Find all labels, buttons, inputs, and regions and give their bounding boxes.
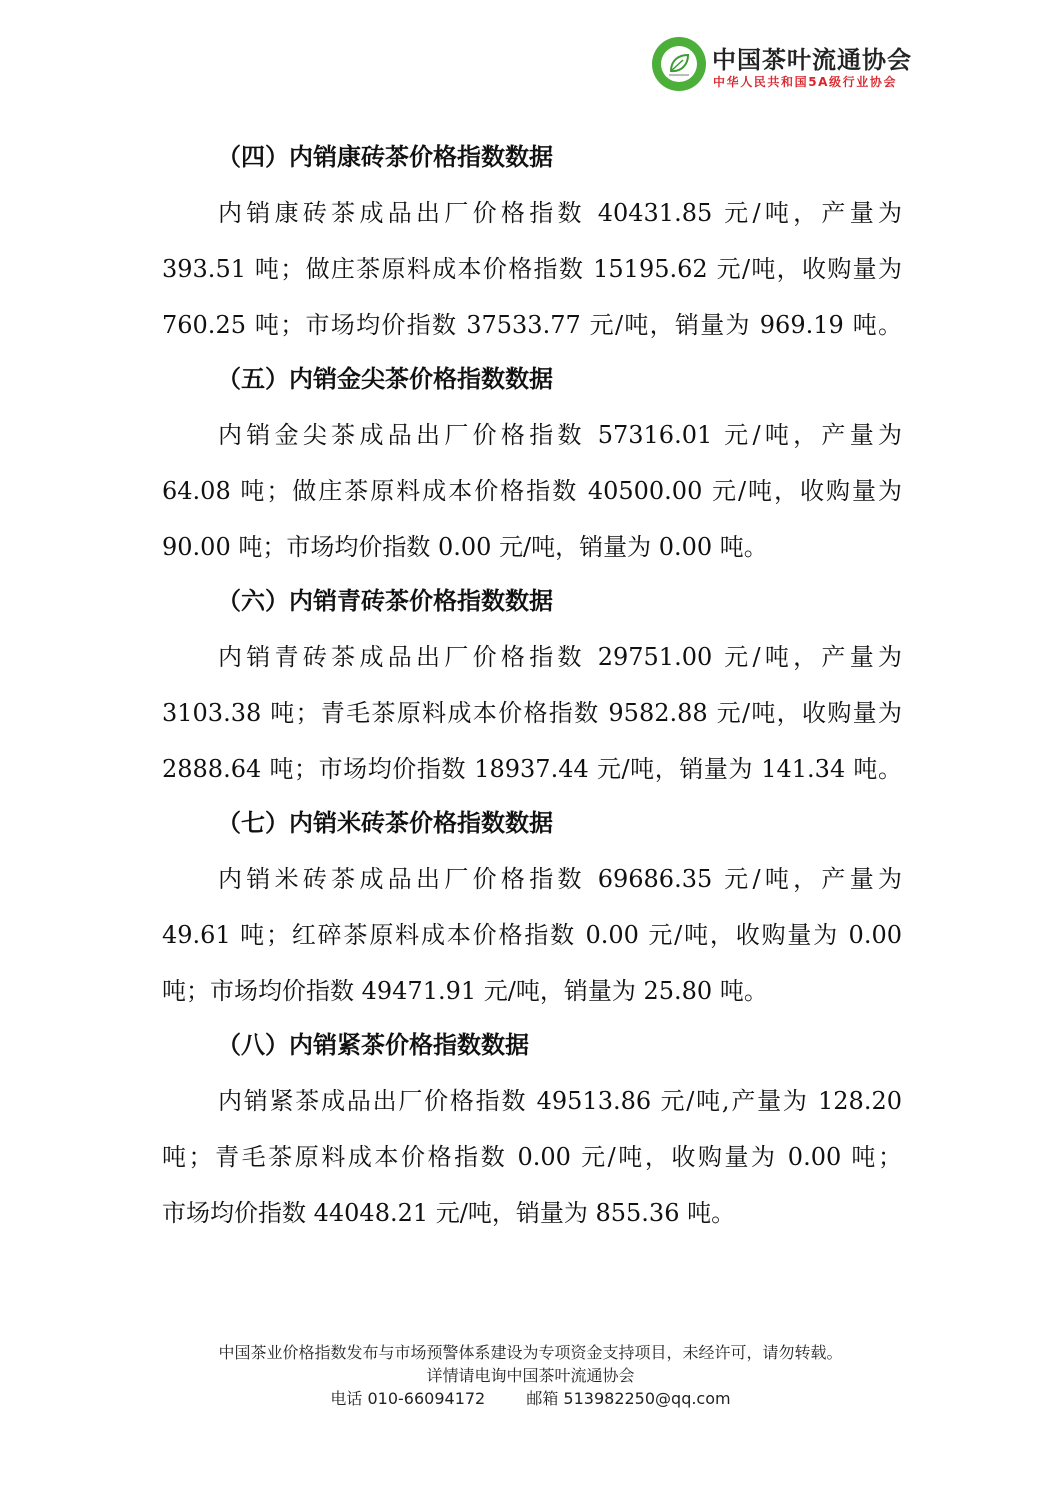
paragraph-line: 49.61 吨；红碎茶原料成本价格指数 0.00 元/吨，收购量为 0.00 [162, 907, 902, 963]
paragraph-line: 市场均价指数 44048.21 元/吨，销量为 855.36 吨。 [162, 1185, 902, 1241]
paragraph-line: 3103.38 吨；青毛茶原料成本价格指数 9582.88 元/吨，收购量为 [162, 685, 902, 741]
page-footer: 中国茶业价格指数发布与市场预警体系建设为专项资金支持项目，未经许可，请勿转载。 … [0, 1341, 1061, 1410]
paragraph-line: 吨；青毛茶原料成本价格指数 0.00 元/吨，收购量为 0.00 吨； [162, 1129, 902, 1185]
paragraph-line: 64.08 吨；做庄茶原料成本价格指数 40500.00 元/吨，收购量为 [162, 463, 902, 519]
paragraph-line: 内销紧茶成品出厂价格指数 49513.86 元/吨,产量为 128.20 [162, 1073, 902, 1129]
org-subtitle: 中华人民共和国5A级行业协会 [713, 73, 897, 90]
paragraph-line: 760.25 吨；市场均价指数 37533.77 元/吨，销量为 969.19 … [162, 297, 902, 353]
paragraph-line: 90.00 吨；市场均价指数 0.00 元/吨，销量为 0.00 吨。 [162, 519, 902, 575]
paragraph-line: 内销青砖茶成品出厂价格指数 29751.00 元/吨，产量为 [162, 629, 902, 685]
section-paragraph: 内销紧茶成品出厂价格指数 49513.86 元/吨,产量为 128.20 吨；青… [162, 1073, 902, 1241]
paragraph-line: 吨；市场均价指数 49471.91 元/吨，销量为 25.80 吨。 [162, 963, 902, 1019]
paragraph-line: 内销康砖茶成品出厂价格指数 40431.85 元/吨，产量为 [162, 185, 902, 241]
copyright-notice: 中国茶业价格指数发布与市场预警体系建设为专项资金支持项目，未经许可，请勿转载。 [0, 1341, 1061, 1364]
contact-info: 电话 010-66094172 邮箱 513982250@qq.com [0, 1387, 1061, 1410]
section-paragraph: 内销金尖茶成品出厂价格指数 57316.01 元/吨，产量为 64.08 吨；做… [162, 407, 902, 575]
paragraph-line: 内销米砖茶成品出厂价格指数 69686.35 元/吨，产量为 [162, 851, 902, 907]
org-name: 中国茶叶流通协会 [712, 40, 912, 75]
section-kangzhuan: （四）内销康砖茶价格指数数据 内销康砖茶成品出厂价格指数 40431.85 元/… [162, 129, 902, 353]
org-logo: 中国茶叶流通协会 中华人民共和国5A级行业协会 [652, 37, 912, 93]
section-heading: （四）内销康砖茶价格指数数据 [217, 129, 902, 185]
section-qingzhuan: （六）内销青砖茶价格指数数据 内销青砖茶成品出厂价格指数 29751.00 元/… [162, 573, 902, 797]
section-jincha: （八）内销紧茶价格指数数据 内销紧茶成品出厂价格指数 49513.86 元/吨,… [162, 1017, 902, 1241]
section-paragraph: 内销康砖茶成品出厂价格指数 40431.85 元/吨，产量为 393.51 吨；… [162, 185, 902, 353]
section-heading: （六）内销青砖茶价格指数数据 [217, 573, 902, 629]
section-heading: （五）内销金尖茶价格指数数据 [217, 351, 902, 407]
inquiry-note: 详情请电询中国茶叶流通协会 [0, 1364, 1061, 1387]
section-paragraph: 内销青砖茶成品出厂价格指数 29751.00 元/吨，产量为 3103.38 吨… [162, 629, 902, 797]
paragraph-line: 内销金尖茶成品出厂价格指数 57316.01 元/吨，产量为 [162, 407, 902, 463]
section-mizhuan: （七）内销米砖茶价格指数数据 内销米砖茶成品出厂价格指数 69686.35 元/… [162, 795, 902, 1019]
tea-leaf-emblem-icon [652, 37, 706, 91]
section-jinjian: （五）内销金尖茶价格指数数据 内销金尖茶成品出厂价格指数 57316.01 元/… [162, 351, 902, 575]
paragraph-line: 2888.64 吨；市场均价指数 18937.44 元/吨，销量为 141.34… [162, 741, 902, 797]
section-heading: （七）内销米砖茶价格指数数据 [217, 795, 902, 851]
section-heading: （八）内销紧茶价格指数数据 [217, 1017, 902, 1073]
phone-number: 电话 010-66094172 [330, 1389, 485, 1408]
section-paragraph: 内销米砖茶成品出厂价格指数 69686.35 元/吨，产量为 49.61 吨；红… [162, 851, 902, 1019]
paragraph-line: 393.51 吨；做庄茶原料成本价格指数 15195.62 元/吨，收购量为 [162, 241, 902, 297]
email-address: 邮箱 513982250@qq.com [526, 1389, 730, 1408]
